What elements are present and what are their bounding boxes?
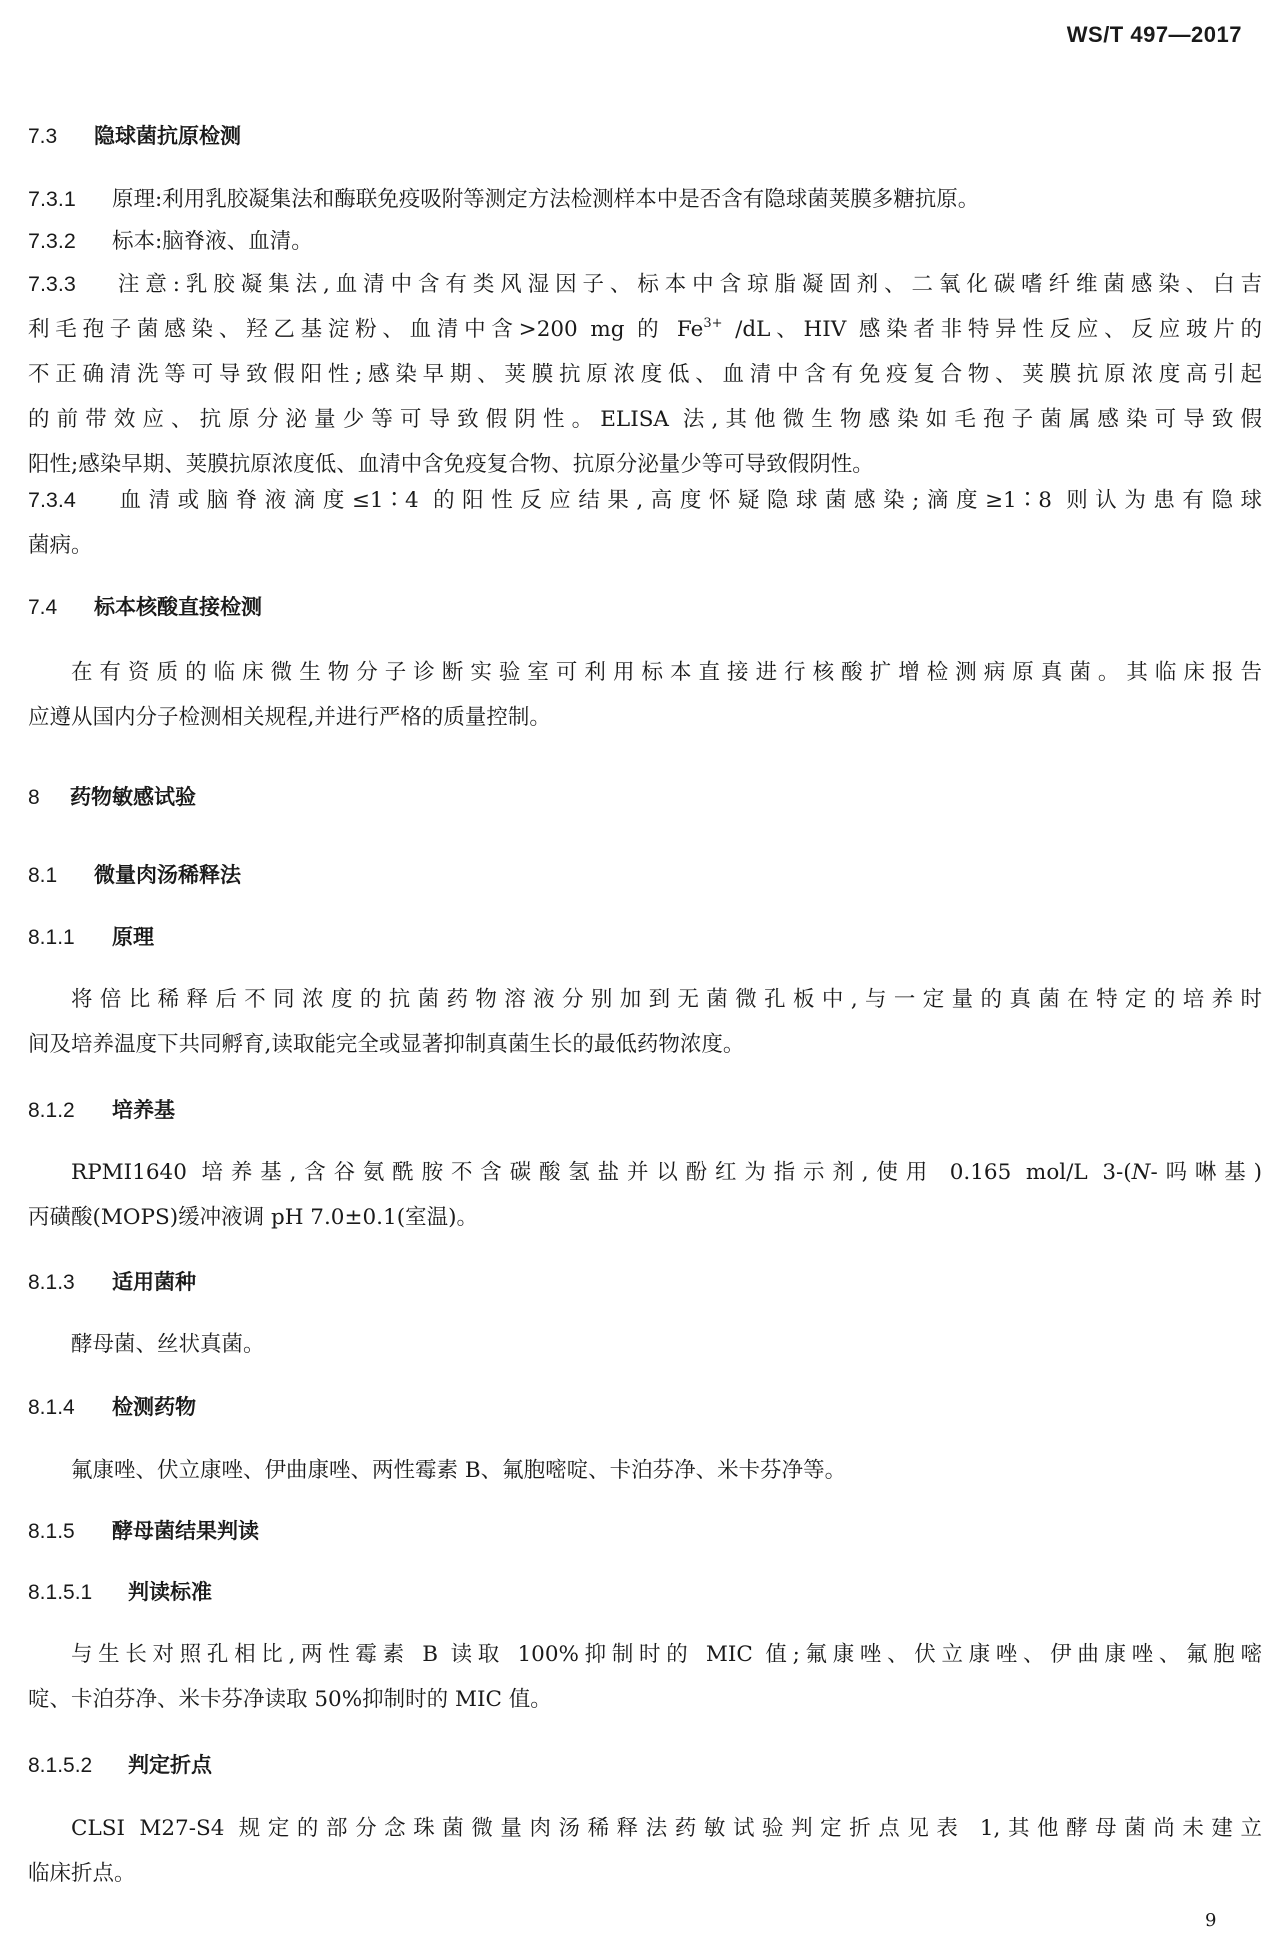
- clause-text-line: 阳性;感染早期、荚膜抗原浓度低、血清中含免疫复合物、抗原分泌量少等可导致假阴性。: [28, 452, 874, 477]
- paragraph-line: 在有资质的临床微生物分子诊断实验室可利用标本直接进行核酸扩增检测病原真菌。其临床…: [71, 660, 1262, 685]
- clause-7-3-1: 7.3.1原理:利用乳胶凝集法和酶联免疫吸附等测定方法检测样本中是否含有隐球菌荚…: [28, 177, 1262, 222]
- section-title: 标本核酸直接检测: [94, 595, 262, 619]
- clause-text-line: 的前带效应、抗原分泌量少等可导致假阴性。ELISA 法,其他微生物感染如毛孢子菌…: [28, 407, 1262, 432]
- paragraph-line: 丙磺酸(MOPS)缓冲液调 pH 7.0±0.1(室温)。: [28, 1205, 478, 1230]
- section-heading-8-1-1: 8.1.1原理: [28, 922, 154, 953]
- section-title: 适用菌种: [112, 1270, 196, 1294]
- paragraph-8-1-5-1: 与生长对照孔相比,两性霉素 B 读取 100%抑制时的 MIC 值;氟康唑、伏立…: [28, 1632, 1262, 1722]
- paragraph-line: 啶、卡泊芬净、米卡芬净读取 50%抑制时的 MIC 值。: [28, 1687, 552, 1712]
- clause-7-3-4: 7.3.4血清或脑脊液滴度≤1∶4 的阳性反应结果,高度怀疑隐球菌感染;滴度≥1…: [28, 478, 1262, 568]
- italic-n: N: [1132, 1160, 1151, 1185]
- clause-7-3-3: 7.3.3注意:乳胶凝集法,血清中含有类风湿因子、标本中含琼脂凝固剂、二氧化碳嗜…: [28, 262, 1262, 487]
- section-heading-8-1-3: 8.1.3适用菌种: [28, 1267, 196, 1298]
- section-number: 8.1: [28, 861, 94, 891]
- section-heading-7-4: 7.4标本核酸直接检测: [28, 592, 262, 623]
- section-title: 酵母菌结果判读: [112, 1519, 259, 1543]
- page-number: 9: [1205, 1910, 1216, 1931]
- section-number: 8.1.1: [28, 923, 112, 953]
- section-heading-7-3: 7.3隐球菌抗原检测: [28, 121, 241, 152]
- chapter-number: 8: [28, 783, 70, 813]
- page-header: WS/T 497—2017: [1067, 22, 1242, 48]
- section-number: 8.1.5.1: [28, 1578, 128, 1608]
- section-title: 原理: [112, 925, 154, 949]
- paragraph-line: 氟康唑、伏立康唑、伊曲康唑、两性霉素 B、氟胞嘧啶、卡泊芬净、米卡芬净等。: [71, 1458, 846, 1483]
- section-number: 8.1.5.2: [28, 1751, 128, 1781]
- section-heading-8-1-2: 8.1.2培养基: [28, 1095, 175, 1126]
- chapter-heading-8: 8药物敏感试验: [28, 782, 196, 813]
- section-heading-8-1-5-2: 8.1.5.2判定折点: [28, 1750, 212, 1781]
- paragraph-7-4: 在有资质的临床微生物分子诊断实验室可利用标本直接进行核酸扩增检测病原真菌。其临床…: [28, 650, 1262, 740]
- paragraph-line: RPMI1640 培养基,含谷氨酰胺不含碳酸氢盐并以酚红为指示剂,使用 0.16…: [71, 1160, 1132, 1185]
- section-number: 7.4: [28, 593, 94, 623]
- section-title: 判定折点: [128, 1753, 212, 1777]
- paragraph-line: 临床折点。: [28, 1861, 136, 1886]
- paragraph-8-1-1: 将倍比稀释后不同浓度的抗菌药物溶液分别加到无菌微孔板中,与一定量的真菌在特定的培…: [28, 977, 1262, 1067]
- paragraph-line: 间及培养温度下共同孵育,读取能完全或显著抑制真菌生长的最低药物浓度。: [28, 1032, 744, 1057]
- section-title: 微量肉汤稀释法: [94, 863, 241, 887]
- paragraph-line: 应遵从国内分子检测相关规程,并进行严格的质量控制。: [28, 705, 551, 730]
- clause-number: 7.3.3: [28, 262, 112, 307]
- clause-text-line: 血清或脑脊液滴度≤1∶4 的阳性反应结果,高度怀疑隐球菌感染;滴度≥1∶8 则认…: [112, 488, 1262, 513]
- paragraph-line: CLSI M27-S4 规定的部分念珠菌微量肉汤稀释法药敏试验判定折点见表 1,…: [71, 1816, 1262, 1841]
- section-heading-8-1-5: 8.1.5酵母菌结果判读: [28, 1516, 259, 1547]
- clause-number: 7.3.2: [28, 219, 112, 264]
- section-title: 判读标准: [128, 1580, 212, 1604]
- section-title: 隐球菌抗原检测: [94, 124, 241, 148]
- section-heading-8-1-5-1: 8.1.5.1判读标准: [28, 1577, 212, 1608]
- paragraph-line: 酵母菌、丝状真菌。: [71, 1332, 265, 1357]
- clause-7-3-2: 7.3.2标本:脑脊液、血清。: [28, 219, 1262, 264]
- clause-number: 7.3.1: [28, 177, 112, 222]
- paragraph-line: 与生长对照孔相比,两性霉素 B 读取 100%抑制时的 MIC 值;氟康唑、伏立…: [71, 1642, 1262, 1667]
- section-title: 培养基: [112, 1098, 175, 1122]
- clause-text: 标本:脑脊液、血清。: [112, 229, 313, 254]
- clause-text-line: 菌病。: [28, 533, 93, 558]
- section-number: 8.1.2: [28, 1096, 112, 1126]
- paragraph-8-1-5-2: CLSI M27-S4 规定的部分念珠菌微量肉汤稀释法药敏试验判定折点见表 1,…: [28, 1806, 1262, 1896]
- paragraph-8-1-3: 酵母菌、丝状真菌。: [28, 1322, 1262, 1367]
- clause-text-line: 注意:乳胶凝集法,血清中含有类风湿因子、标本中含琼脂凝固剂、二氧化碳嗜纤维菌感染…: [112, 272, 1262, 297]
- section-title: 检测药物: [112, 1395, 196, 1419]
- clause-text: 原理:利用乳胶凝集法和酶联免疫吸附等测定方法检测样本中是否含有隐球菌荚膜多糖抗原…: [112, 187, 979, 212]
- section-number: 7.3: [28, 122, 94, 152]
- chapter-title: 药物敏感试验: [70, 785, 196, 809]
- paragraph-8-1-4: 氟康唑、伏立康唑、伊曲康唑、两性霉素 B、氟胞嘧啶、卡泊芬净、米卡芬净等。: [28, 1448, 1262, 1493]
- section-number: 8.1.4: [28, 1393, 112, 1423]
- clause-text-line: /dL、HIV 感染者非特异性反应、反应玻片的: [723, 317, 1262, 342]
- section-number: 8.1.5: [28, 1517, 112, 1547]
- clause-number: 7.3.4: [28, 478, 112, 523]
- section-heading-8-1: 8.1微量肉汤稀释法: [28, 860, 241, 891]
- paragraph-line: 将倍比稀释后不同浓度的抗菌药物溶液分别加到无菌微孔板中,与一定量的真菌在特定的培…: [71, 987, 1262, 1012]
- clause-text-line: 不正确清洗等可导致假阳性;感染早期、荚膜抗原浓度低、血清中含有免疫复合物、荚膜抗…: [28, 362, 1262, 387]
- paragraph-8-1-2: RPMI1640 培养基,含谷氨酰胺不含碳酸氢盐并以酚红为指示剂,使用 0.16…: [28, 1150, 1262, 1240]
- section-heading-8-1-4: 8.1.4检测药物: [28, 1392, 196, 1423]
- superscript: 3+: [703, 316, 722, 331]
- section-number: 8.1.3: [28, 1268, 112, 1298]
- clause-text-line: 利毛孢子菌感染、羟乙基淀粉、血清中含>200 mg 的 Fe: [28, 317, 703, 342]
- paragraph-line: -吗啉基): [1150, 1160, 1262, 1185]
